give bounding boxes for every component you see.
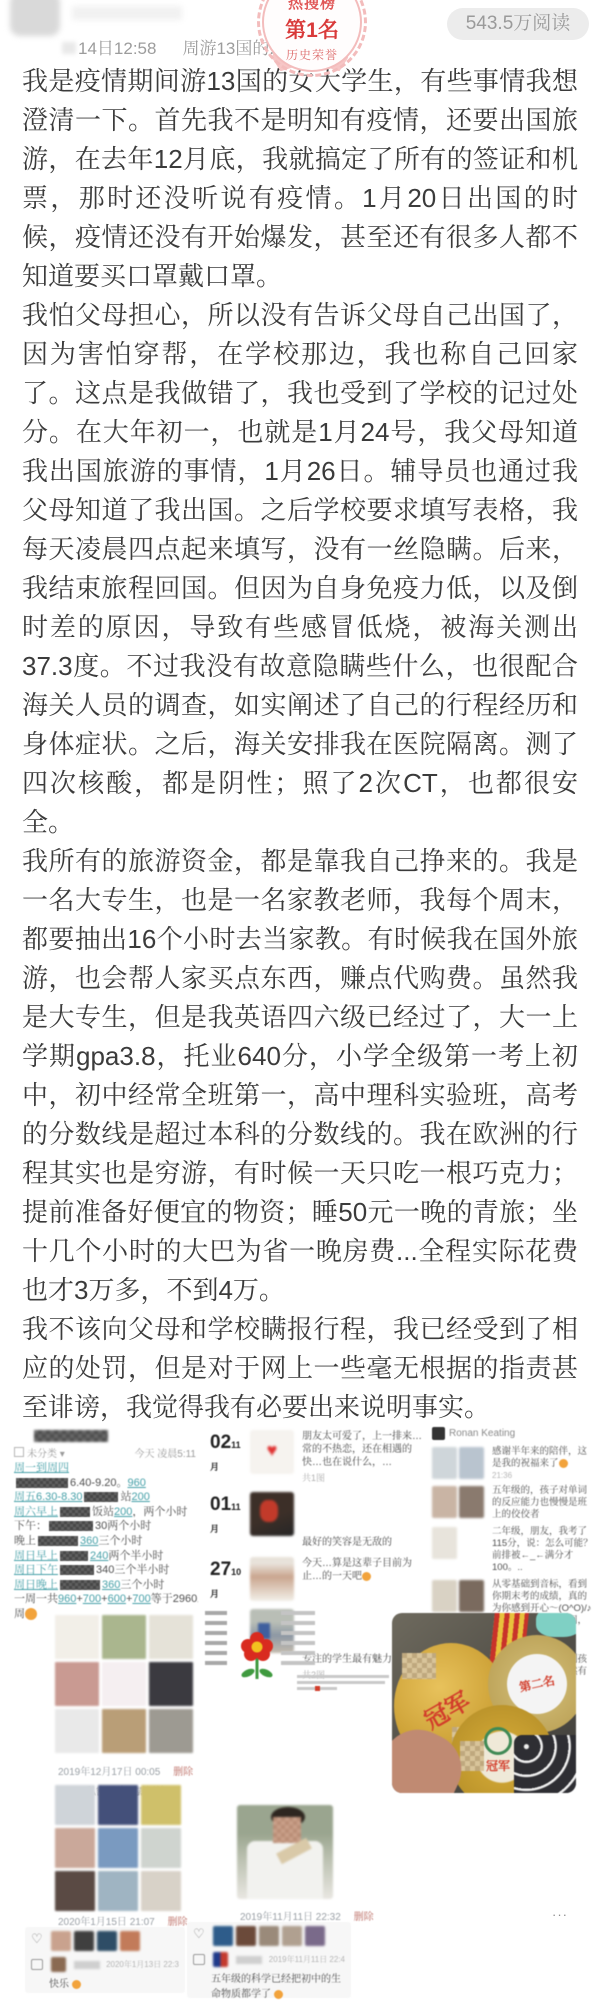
photo-grid-post-1 <box>55 1615 197 1753</box>
commenter-name-redacted <box>74 1961 100 1969</box>
avatar[interactable] <box>10 0 60 36</box>
whitecoat-photo <box>237 1805 333 1899</box>
post-timestamp: 14日12:58 <box>78 39 156 58</box>
post3-like-thumbs <box>213 1933 328 1950</box>
post2-likes-row: ♡ <box>31 1931 179 1956</box>
patterned-cloth <box>514 1735 576 1793</box>
form-screenshot <box>205 1605 390 1700</box>
post2-likebox: ♡ 2020年1月13日 22:3 快乐 <box>25 1927 185 1993</box>
post1-date: 2019年12月17日 00:05 <box>58 1767 160 1778</box>
paragraph-1: 我是疫情期间游13国的女大学生，有些事情我想澄清一下。首先我不是明知有疫情，还要… <box>22 62 578 296</box>
medal3-text: 冠军 <box>486 1757 510 1774</box>
medal-logo-icon <box>484 1727 512 1755</box>
comment-icon <box>193 1954 205 1965</box>
date-redacted <box>62 42 76 54</box>
timeline-screenshot: 0211月♥朋友太可爱了，上一排来…常的不热恋，还在相遇的快…也在说什么，…共1… <box>210 1430 428 1628</box>
hot-search-badge[interactable]: 热搜榜 第1名 历史荣誉 <box>262 0 362 72</box>
feed-header: Ronan Keating <box>432 1427 596 1441</box>
post2-like-thumbs <box>51 1938 143 1955</box>
username-redacted <box>72 6 182 20</box>
party-emoji <box>72 1980 81 1989</box>
badge-title: 热搜榜 <box>264 0 360 13</box>
teal-cloth <box>536 1613 576 1637</box>
flower-drawing <box>239 1631 275 1688</box>
commenter-avatar <box>213 1952 228 1967</box>
medals-photo: 冠军 第二名 冠军 <box>392 1613 576 1793</box>
post1-date-row: 2019年12月17日 00:05 删除 <box>58 1763 193 1778</box>
post1-delete-link: 删除 <box>173 1767 193 1778</box>
post-body: 我是疫情期间游13国的女大学生，有些事情我想澄清一下。首先我不是明知有疫情，还要… <box>22 62 578 1427</box>
heart-icon: ♡ <box>193 1926 205 1942</box>
face-mosaic <box>273 1817 301 1843</box>
notes-time: 今天 凌晨5:11 <box>135 1445 197 1460</box>
post3-comment-text: 五年级的科学已经把初中的生命物质都学了 <box>211 1970 345 2000</box>
smile-emoji <box>274 1990 283 1999</box>
badge-subtitle: 历史荣誉 <box>264 46 360 63</box>
paragraph-3: 我所有的旅游资金，都是靠我自己挣来的。我是一名大专生，也是一名家教老师，我每个周… <box>22 842 578 1310</box>
post2-comment-text: 快乐 <box>49 1975 179 1990</box>
read-count-badge: 543.5万阅读 <box>447 8 589 40</box>
post3-comment-row: 2019年11月11日 22:4 五年级的科学已经把初中的生命物质都学了 <box>193 1951 345 2000</box>
photo-grid-post-2 <box>55 1785 183 1911</box>
post-meta: 14日12:58周游13国的... <box>62 34 284 59</box>
post2-date-row: 2020年1月15日 21:07 删除 <box>58 1913 188 1928</box>
badge-rank: 第1名 <box>264 14 360 44</box>
post3-comment-date: 2019年11月11日 22:4 <box>269 1954 345 1965</box>
feed-username: Ronan Keating <box>449 1428 515 1439</box>
post-header: 14日12:58周游13国的... 热搜榜 第1名 历史荣誉 543.5万阅读 <box>0 0 596 60</box>
post3-date-row: 2019年11月11日 22:32 删除 <box>240 1908 374 1923</box>
post3-likes-row: ♡ <box>193 1926 345 1951</box>
commenter-avatar <box>51 1957 66 1972</box>
paragraph-4: 我不该向父母和学校瞒报行程，我已经受到了相应的处罚，但是对于网上一些毫无根据的指… <box>22 1310 578 1427</box>
evidence-collage-image[interactable]: 未分类 ▾ 今天 凌晨5:11 周一到周四6.40-9.20。960周五6.30… <box>0 1425 596 2000</box>
comment-icon <box>31 1959 43 1970</box>
notes-screenshot: 未分类 ▾ 今天 凌晨5:11 周一到周四6.40-9.20。960周五6.30… <box>8 1428 200 1626</box>
post2-comment-row: 2020年1月13日 22:3 快乐 <box>31 1956 179 1990</box>
commenter-name-redacted <box>236 1956 262 1964</box>
notes-lines: 周一到周四6.40-9.20。960周五6.30-8.30站200周六早上饭站2… <box>14 1459 198 1620</box>
more-options-button: ··· <box>552 1907 568 1922</box>
post3-delete-link: 删除 <box>354 1912 374 1923</box>
feed-screenshot: Ronan Keating 感谢半年来的陪伴，这是我的祝福来了21:36五年级的… <box>432 1427 596 1607</box>
form-paragraph-redacted <box>297 1675 389 1693</box>
post2-comment-date: 2020年1月13日 22:3 <box>106 1959 179 1970</box>
checkbox-icon <box>14 1447 24 1457</box>
notes-title-redacted <box>34 1430 108 1442</box>
paragraph-2: 我怕父母担心，所以没有告诉父母自己出国了，因为害怕穿帮，在学校那边，我也称自己回… <box>22 296 578 842</box>
weibo-post-page: 14日12:58周游13国的... 热搜榜 第1名 历史荣誉 543.5万阅读 … <box>0 0 596 2000</box>
notes-meta: 未分类 ▾ 今天 凌晨5:11 <box>14 1445 196 1460</box>
post3-likebox: ♡ 2019年11月11日 22:4 五年级的科学已经把初中的生命物质都学了 <box>187 1922 351 1998</box>
heart-icon: ♡ <box>31 1931 43 1947</box>
feed-avatar <box>432 1427 445 1440</box>
red-mark-icon <box>315 1686 320 1691</box>
